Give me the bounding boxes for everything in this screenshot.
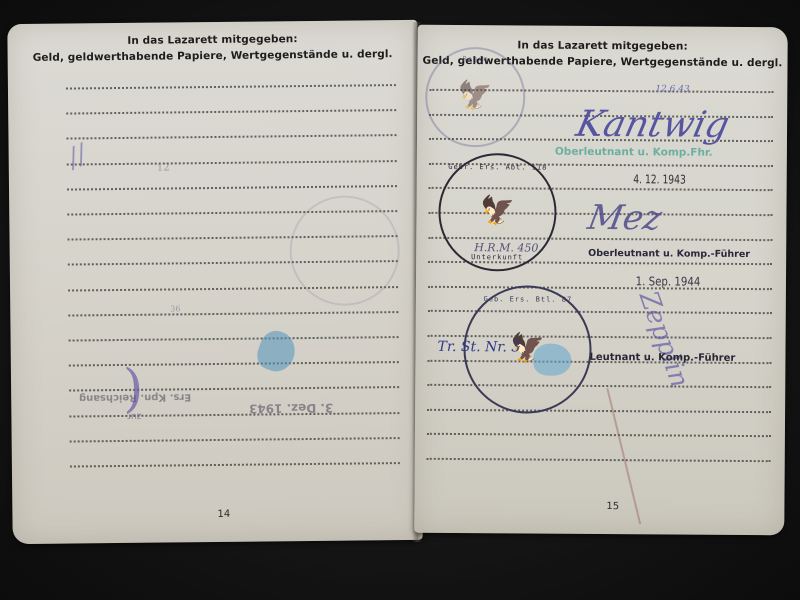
upside-down-stamp: 3. Dez. 1943 zur Ers. Kpn. Reichsang <box>41 361 342 424</box>
page-number: 14 <box>217 509 230 520</box>
seal-text: Regim <box>428 55 524 64</box>
entry1-date-stamp: 4. 12. 1943 <box>633 172 686 186</box>
ruled-line <box>68 311 398 316</box>
eagle-icon: 🦅 <box>458 82 493 110</box>
seal-text-top: Gebr. Ers. Abt. 118 <box>441 163 555 172</box>
ruled-line <box>67 160 397 165</box>
ink-blot <box>533 344 571 376</box>
ruled-line <box>70 462 400 467</box>
entry3-handwritten-note: Tr. St. Nr. 3 <box>437 339 520 356</box>
pencil-paren-mark: ) <box>123 359 144 419</box>
entry2-date-stamp: 1. Sep. 1944 <box>636 274 701 288</box>
left-page: In das Lazarett mitgegeben: Geld, geldwe… <box>7 20 422 544</box>
entry3-rank-stamp: Leutnant u. Komp.-Führer <box>589 352 735 364</box>
entry1-signature: Kantwig <box>573 104 733 146</box>
faint-note-2: 36 <box>170 304 180 313</box>
faint-note: 12 <box>157 162 170 173</box>
seal-text-top: Geb. Ers. Btl. 87 <box>466 295 590 304</box>
ruled-line <box>67 185 397 190</box>
ruled-line <box>427 458 771 462</box>
entry2-handwritten-unit: H.R.M. 450 <box>474 241 538 254</box>
right-page: In das Lazarett mitgegeben: Geld, geldwe… <box>414 25 788 536</box>
eagle-icon: 🦅 <box>480 197 515 225</box>
ruled-line <box>427 409 771 413</box>
ruled-line <box>66 134 396 139</box>
ghost-seal <box>289 195 400 306</box>
entry1-date-handwritten: 12.6.43 <box>655 84 689 94</box>
page-number: 15 <box>606 501 619 512</box>
entry2-rank-stamp: Oberleutnant u. Komp.-Führer <box>588 248 750 260</box>
ruled-line <box>69 336 399 341</box>
ruled-line <box>66 84 396 89</box>
open-paybook: In das Lazarett mitgegeben: Geld, geldwe… <box>0 0 800 600</box>
stamp-date: 3. Dez. 1943 <box>249 401 333 416</box>
ruled-line <box>428 286 772 290</box>
ruled-line <box>66 109 396 114</box>
ruled-line <box>70 437 400 442</box>
entry1-rank-stamp: Oberleutnant u. Komp.Fhr. <box>555 146 713 159</box>
faint-top-seal: Regim 🦅 <box>425 47 526 148</box>
entry2-signature: Mez <box>585 198 665 238</box>
ruled-line <box>427 433 771 437</box>
